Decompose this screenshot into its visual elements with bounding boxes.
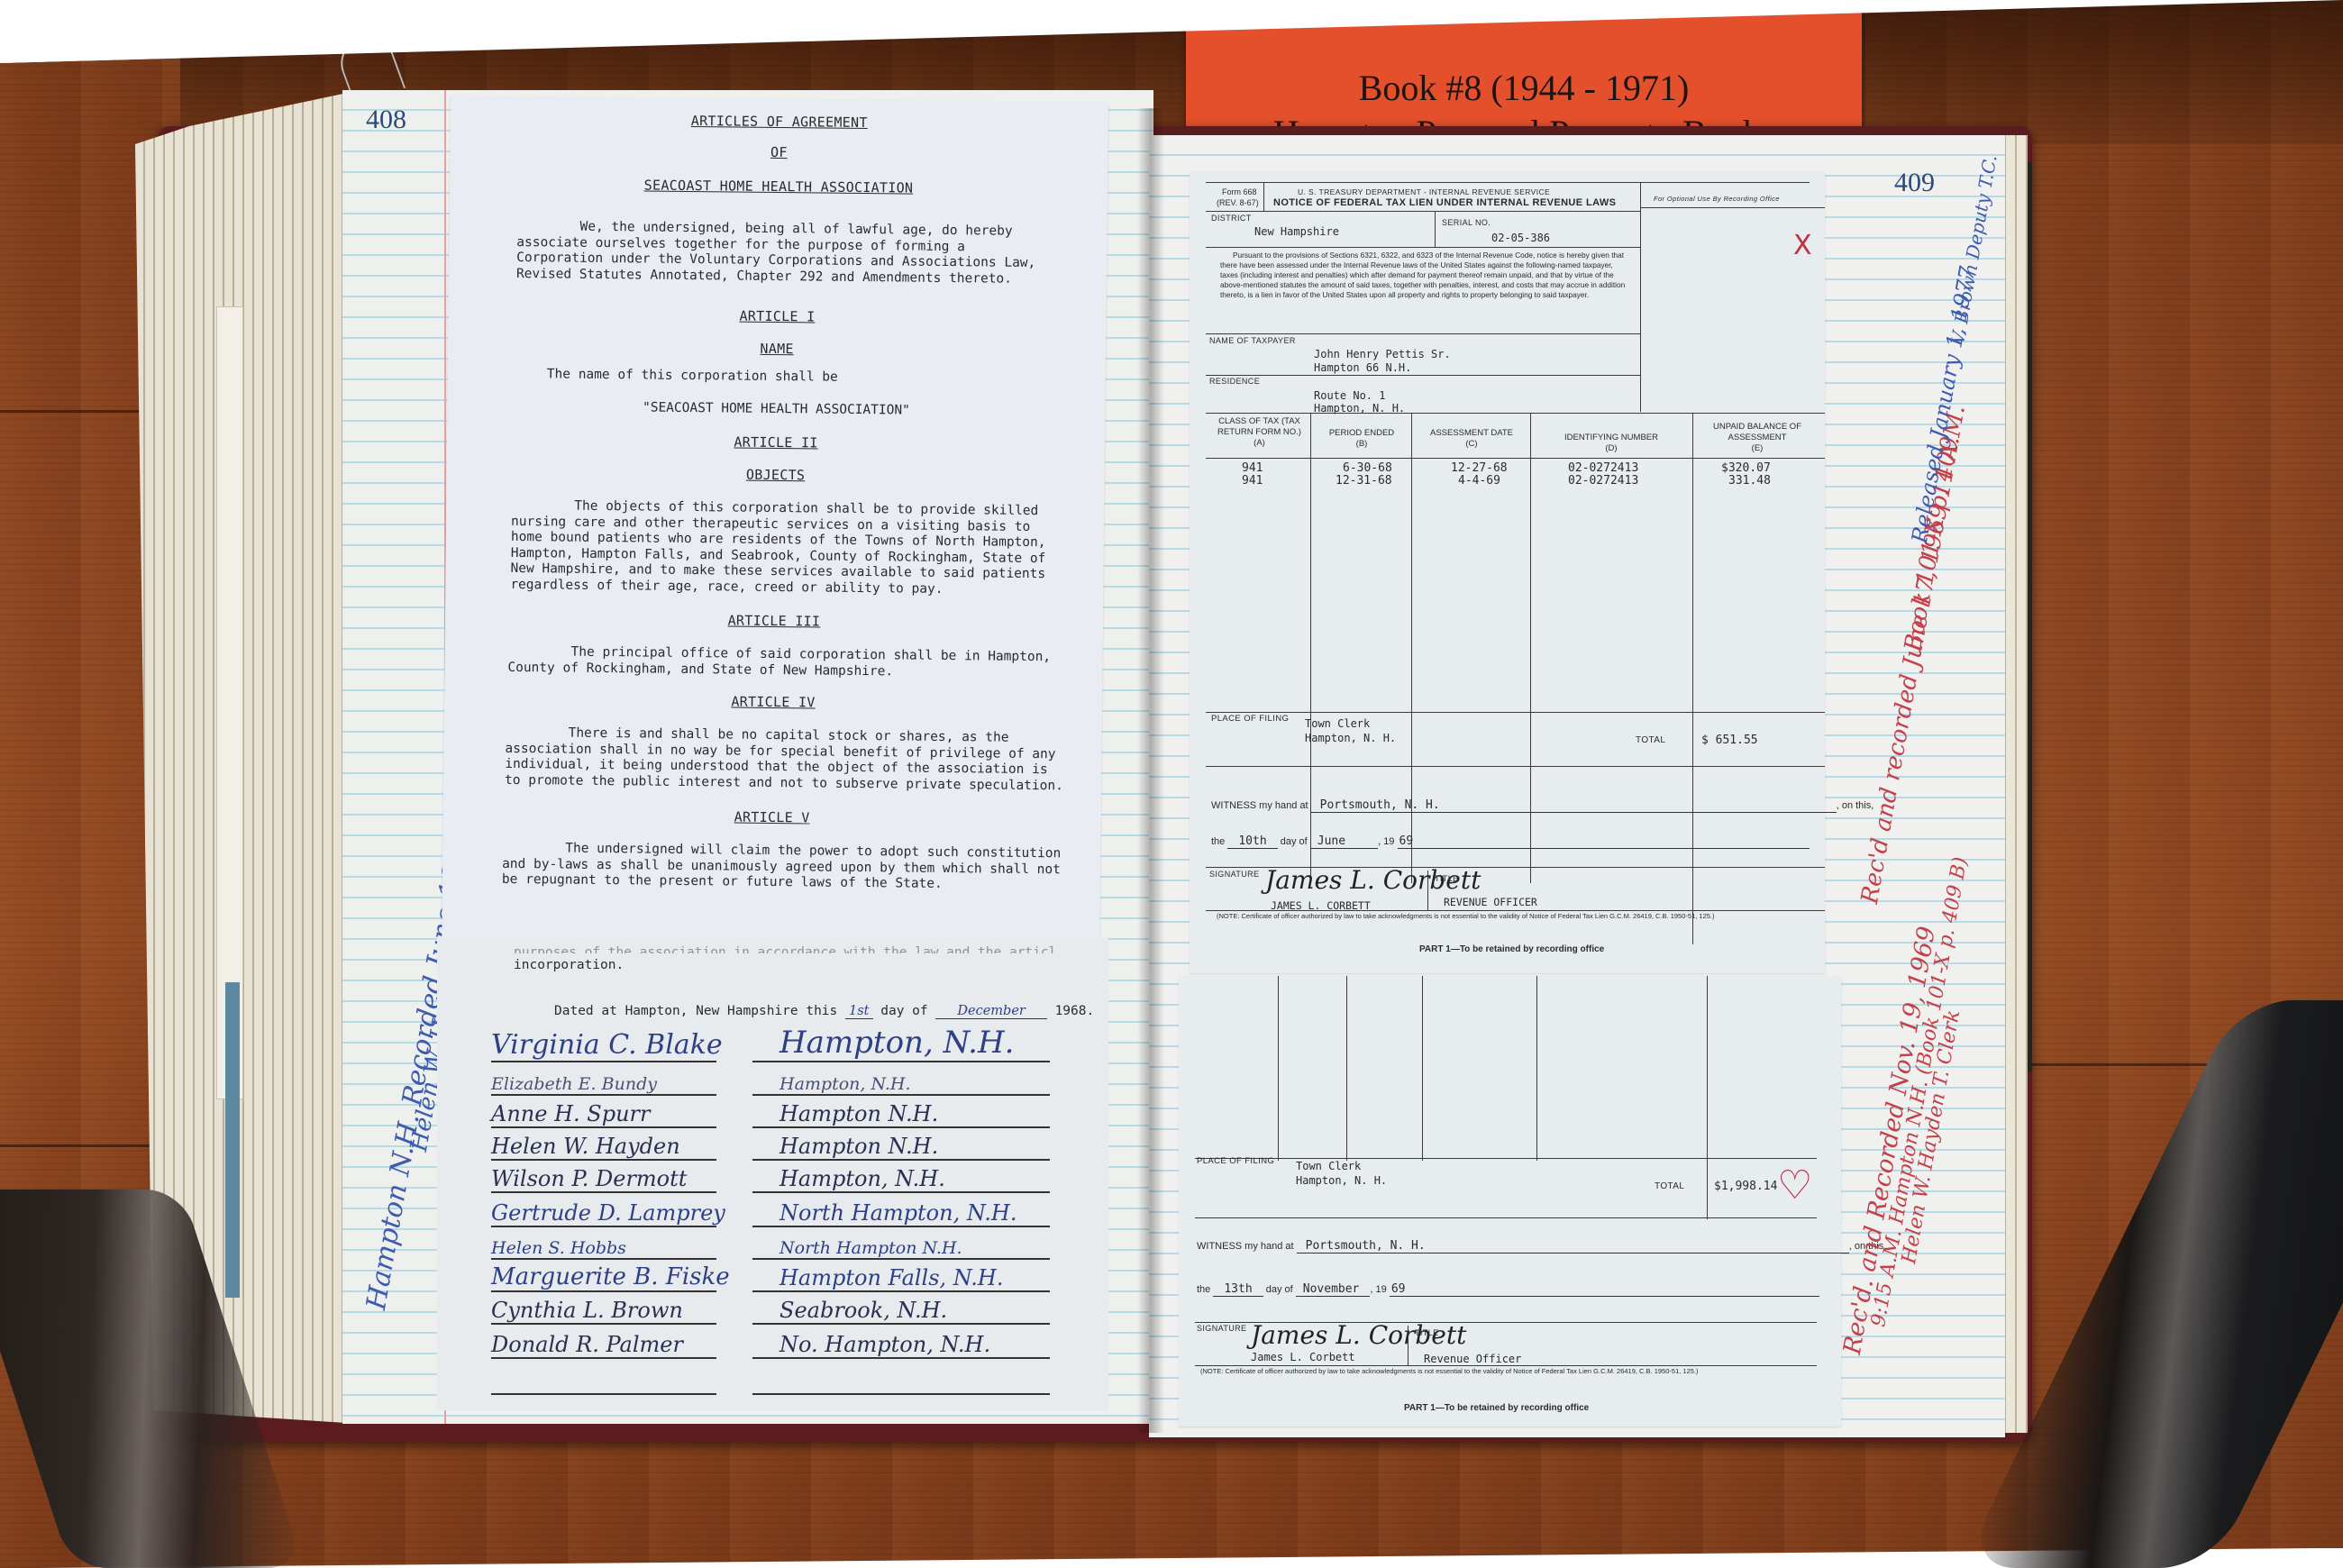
red-check-mark: ♡ bbox=[1777, 1162, 1812, 1208]
row-2-assessed: 4-4-69 bbox=[1458, 474, 1500, 488]
articles-org-name: SEACOAST HOME HEALTH ASSOCIATION bbox=[450, 175, 1108, 198]
place-of-filing-line-2: Hampton, N. H. bbox=[1305, 732, 1396, 744]
signer-town: No. Hampton, N.H. bbox=[779, 1332, 990, 1357]
signature-row-blank bbox=[491, 1355, 1068, 1400]
district-value: New Hampshire bbox=[1254, 225, 1339, 238]
place-of-filing-line-1: Town Clerk bbox=[1296, 1160, 1361, 1172]
article-1-heading: ARTICLE I bbox=[448, 305, 1106, 328]
articles-title: ARTICLES OF AGREEMENT bbox=[451, 110, 1108, 133]
officer-typed-name: James L. Corbett bbox=[1251, 1351, 1355, 1363]
articles-of-agreement-sheet: ARTICLES OF AGREEMENT OF SEACOAST HOME H… bbox=[442, 96, 1108, 968]
col-identifying-number: IDENTIFYING NUMBER(d) bbox=[1530, 433, 1692, 454]
article-2-heading: ARTICLE II bbox=[447, 431, 1105, 454]
signer-town: Hampton, N.H. bbox=[779, 1025, 1014, 1061]
dated-mid: day of bbox=[880, 1004, 927, 1018]
signature-label: SIGNATURE bbox=[1197, 1324, 1246, 1333]
article-2-subheading: OBJECTS bbox=[447, 463, 1105, 487]
blue-bookmark-ribbon bbox=[225, 982, 240, 1298]
signer-name: Donald R. Palmer bbox=[491, 1332, 683, 1357]
district-label: DISTRICT bbox=[1211, 214, 1252, 223]
part-1-label: PART 1—To be retained by recording offic… bbox=[1419, 944, 1604, 954]
row-2-class: 941 bbox=[1242, 474, 1263, 488]
article-1-text: The name of this corporation shall be bbox=[547, 367, 838, 386]
serial-value: 02-05-386 bbox=[1491, 232, 1550, 244]
serial-label: SERIAL NO. bbox=[1442, 218, 1491, 227]
witness-date-line: the 13th day of November, 19 69 bbox=[1197, 1282, 1819, 1296]
witness-line: WITNESS my hand at Portsmouth, N. H., on… bbox=[1197, 1239, 1886, 1253]
article-4-heading: ARTICLE IV bbox=[444, 690, 1102, 714]
place-of-filing-label: PLACE OF FILING bbox=[1197, 1156, 1274, 1166]
residence-label: RESIDENCE bbox=[1209, 377, 1260, 386]
witness-month: November bbox=[1296, 1282, 1371, 1297]
tax-lien-notice-1: Form 668 (REV. 8-67) U. S. TREASURY DEPA… bbox=[1190, 171, 1825, 973]
witness-day: 13th bbox=[1213, 1282, 1263, 1297]
col-period-ended: PERIOD ENDED(b) bbox=[1312, 428, 1411, 450]
form-revision: (REV. 8-67) bbox=[1217, 198, 1259, 207]
optional-use-label: For Optional Use By Recording Office bbox=[1654, 195, 1780, 203]
form-number: Form 668 bbox=[1222, 187, 1257, 196]
witness-place: Portsmouth, N. H. bbox=[1311, 798, 1837, 813]
witness-year: 69 bbox=[1398, 834, 1810, 849]
article-5-text: The undersigned will claim the power to … bbox=[502, 841, 1066, 894]
residence-line-1: Route No. 1 bbox=[1314, 389, 1385, 402]
plank-seam bbox=[0, 1144, 162, 1147]
red-x-mark: X bbox=[1793, 230, 1812, 261]
taxpayer-name: John Henry Pettis Sr. bbox=[1314, 348, 1451, 360]
row-1-balance: $320.07 bbox=[1721, 461, 1771, 475]
total-value: $1,998.14 bbox=[1714, 1180, 1777, 1193]
officer-title: Revenue Officer bbox=[1424, 1353, 1521, 1365]
place-of-filing-label: PLACE OF FILING bbox=[1211, 714, 1289, 724]
dated-line: Dated at Hampton, New Hampshire this 1st… bbox=[554, 1004, 1094, 1018]
article-1-quote: "SEACOAST HOME HEALTH ASSOCIATION" bbox=[447, 398, 1105, 421]
title-label: TITLE bbox=[1435, 874, 1459, 883]
page-number-left: 408 bbox=[366, 105, 406, 135]
total-label: TOTAL bbox=[1655, 1181, 1684, 1191]
total-value: $ 651.55 bbox=[1701, 734, 1758, 747]
page-number-right: 409 bbox=[1894, 168, 1935, 198]
lien-notice-text: Pursuant to the provisions of Sections 6… bbox=[1220, 251, 1626, 300]
witness-place: Portsmouth, N. H. bbox=[1297, 1239, 1849, 1253]
taxpayer-label: NAME OF TAXPAYER bbox=[1209, 336, 1296, 345]
row-1-assessed: 12-27-68 bbox=[1451, 461, 1508, 475]
col-unpaid-balance: UNPAID BALANCE OF ASSESSMENT(e) bbox=[1694, 422, 1820, 454]
witness-day: 10th bbox=[1227, 834, 1277, 849]
witness-month: June bbox=[1310, 834, 1378, 849]
row-2-id: 02-0272413 bbox=[1568, 474, 1638, 488]
witness-date-line: the 10th day of June, 19 69 bbox=[1211, 834, 1810, 848]
article-5-heading: ARTICLE V bbox=[443, 806, 1101, 829]
witness-year: 69 bbox=[1390, 1282, 1820, 1297]
dated-day: 1st bbox=[845, 1004, 873, 1019]
total-label: TOTAL bbox=[1636, 735, 1665, 745]
book-gutter bbox=[1137, 108, 1164, 1433]
form-agency: U. S. TREASURY DEPARTMENT - INTERNAL REV… bbox=[1298, 187, 1550, 196]
book-label-title: Book #8 (1944 - 1971) bbox=[1186, 67, 1862, 109]
form-title: NOTICE OF FEDERAL TAX LIEN UNDER INTERNA… bbox=[1273, 197, 1616, 208]
row-1-class: 941 bbox=[1242, 461, 1263, 475]
title-label: TITLE bbox=[1415, 1328, 1439, 1337]
articles-signature-sheet: purposes of the association in accordanc… bbox=[437, 937, 1108, 1410]
part-1-label: PART 1—To be retained by recording offic… bbox=[1404, 1403, 1589, 1413]
col-class-of-tax: CLASS OF TAX (Tax Return Form No.)(a) bbox=[1208, 416, 1311, 449]
articles-preamble: We, the undersigned, being all of lawful… bbox=[516, 219, 1058, 287]
dated-prefix: Dated at Hampton, New Hampshire this bbox=[554, 1004, 837, 1018]
tax-lien-notice-2: PLACE OF FILING Town Clerk Hampton, N. H… bbox=[1179, 976, 1841, 1427]
row-2-balance: 331.48 bbox=[1728, 474, 1771, 488]
row-1-id: 02-0272413 bbox=[1568, 461, 1638, 475]
article-2-text: The objects of this corporation shall be… bbox=[510, 498, 1061, 598]
row-2-period: 12-31-68 bbox=[1336, 474, 1392, 488]
witness-line: WITNESS my hand at Portsmouth, N. H., on… bbox=[1211, 798, 1873, 812]
article-4-text: There is and shall be no capital stock o… bbox=[505, 725, 1069, 795]
col-assessment-date: ASSESSMENT DATE(c) bbox=[1413, 428, 1530, 450]
paper-bookmark bbox=[216, 306, 243, 1099]
dated-year: 1968. bbox=[1055, 1004, 1095, 1018]
articles-partial-line: purposes of the association in accordanc… bbox=[514, 944, 1054, 953]
dated-month: December bbox=[935, 1004, 1046, 1019]
signature-label: SIGNATURE bbox=[1209, 870, 1259, 879]
taxpayer-address: Hampton 66 N.H. bbox=[1314, 361, 1411, 374]
article-1-subheading: NAME bbox=[448, 337, 1106, 360]
acknowledgment-note: (NOTE: Certificate of officer authorized… bbox=[1200, 1367, 1813, 1376]
article-3-text: The principal office of said corporation… bbox=[507, 644, 1066, 681]
articles-incorporation-end: incorporation. bbox=[514, 957, 624, 973]
place-of-filing-line-2: Hampton, N. H. bbox=[1296, 1174, 1387, 1187]
officer-title: REVENUE OFFICER bbox=[1444, 896, 1537, 908]
row-1-period: 6-30-68 bbox=[1343, 461, 1392, 475]
acknowledgment-note: (NOTE: Certificate of officer authorized… bbox=[1217, 912, 1802, 921]
place-of-filing-line-1: Town Clerk bbox=[1305, 717, 1370, 730]
article-3-heading: ARTICLE III bbox=[445, 609, 1103, 633]
articles-of: OF bbox=[450, 141, 1108, 164]
